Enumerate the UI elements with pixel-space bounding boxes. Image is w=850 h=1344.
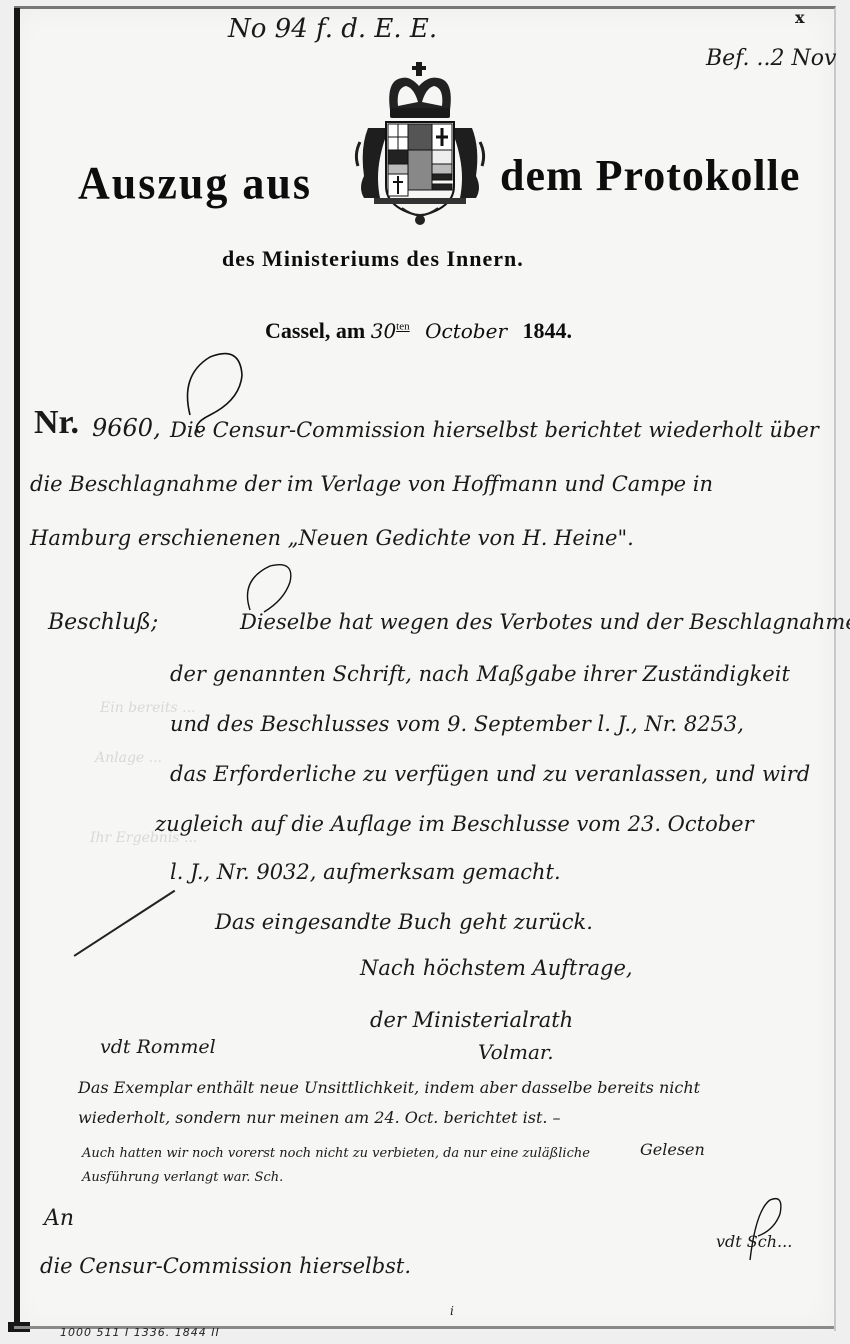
archive-number-annotation: No 94 f. d. E. E. (228, 14, 437, 44)
dateline-month: October (425, 319, 507, 343)
footer-archive-reference: 1000 511 I 1336. 1844 II (60, 1326, 220, 1339)
resolution-line-2: der genannten Schrift, nach Maßgabe ihre… (170, 662, 790, 686)
entry-number-label: Nr. (34, 404, 79, 442)
note-small-line-2: Ausführung verlangt war. Sch. (82, 1170, 283, 1185)
resolution-line-1: Dieselbe hat wegen des Verbotes und der … (240, 610, 850, 634)
dateline-day: 30 (371, 319, 396, 343)
left-signature: vdt Rommel (100, 1036, 216, 1058)
closing-line-2: der Ministerialrath (370, 1008, 573, 1032)
resolution-line-3: und des Beschlusses vom 9. September l. … (170, 712, 744, 736)
title-right: dem Protokolle (500, 150, 800, 201)
binding-spine (14, 8, 20, 1330)
entry-number: 9660, (92, 414, 161, 442)
ministry-subtitle: des Ministeriums des Innern. (222, 246, 524, 272)
entry-line-1: Die Censur-Commission hierselbst bericht… (170, 418, 819, 442)
coat-of-arms-emblem (350, 58, 490, 228)
resolution-label: Beschluß; (48, 610, 158, 635)
entry-line-3: Hamburg erschienenen „Neuen Gedichte von… (30, 526, 634, 550)
dateline-year: 1844. (523, 318, 573, 343)
note-small-line-1: Auch hatten wir noch vorerst noch nicht … (82, 1146, 590, 1161)
entry-line-2: die Beschlagnahme der im Verlage von Hof… (30, 472, 713, 496)
resolution-line-7: Das eingesandte Buch geht zurück. (215, 910, 593, 934)
title-left: Auszug aus (78, 157, 312, 211)
resolution-line-5: zugleich auf die Auflage im Beschlusse v… (155, 812, 754, 836)
dateline-place: Cassel, am (265, 318, 365, 343)
note-line-1: Das Exemplar enthält neue Unsittlichkeit… (78, 1078, 700, 1097)
closing-line-1: Nach höchstem Auftrage, (360, 956, 633, 980)
note-line-2: wiederholt, sondern nur meinen am 24. Oc… (78, 1108, 561, 1127)
footer-mark: i (450, 1304, 454, 1318)
read-annotation: Gelesen (640, 1140, 705, 1159)
final-signature: vdt Sch... (716, 1232, 792, 1251)
address-prefix: An (44, 1206, 74, 1231)
corner-mark: x (795, 8, 805, 27)
address-recipient: die Censur-Commission hierselbst. (40, 1254, 411, 1278)
minister-signature: Volmar. (478, 1040, 554, 1064)
resolution-line-4: das Erforderliche zu verfügen und zu ver… (170, 762, 810, 786)
dateline-day-suffix: ten (396, 321, 409, 333)
signature-flourish (740, 1190, 790, 1270)
reference-annotation: Bef. ..2 Nov (706, 46, 836, 71)
bleed-through-text: Anlage ... (95, 750, 162, 766)
resolution-line-6: l. J., Nr. 9032, aufmerksam gemacht. (170, 860, 561, 884)
dateline: Cassel, am 30ten October 1844. (265, 318, 572, 344)
